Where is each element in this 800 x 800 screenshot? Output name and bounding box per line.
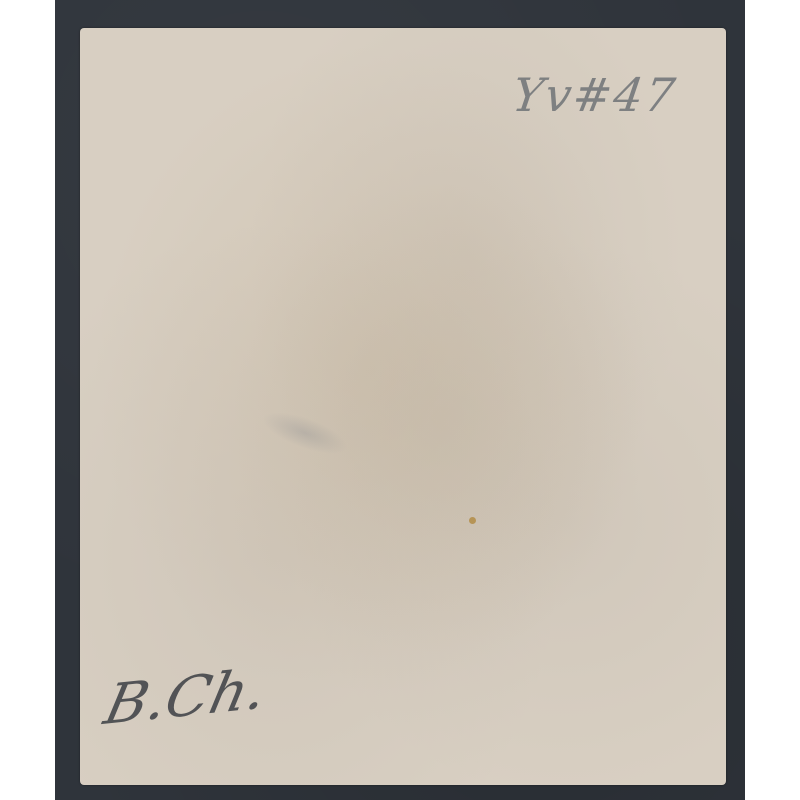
expert-signature: B.Ch.: [99, 657, 273, 738]
catalog-number-note: Yv#47: [509, 68, 680, 122]
toning-spot: [469, 517, 476, 524]
stamp-back: Yv#47 B.Ch.: [80, 28, 726, 785]
